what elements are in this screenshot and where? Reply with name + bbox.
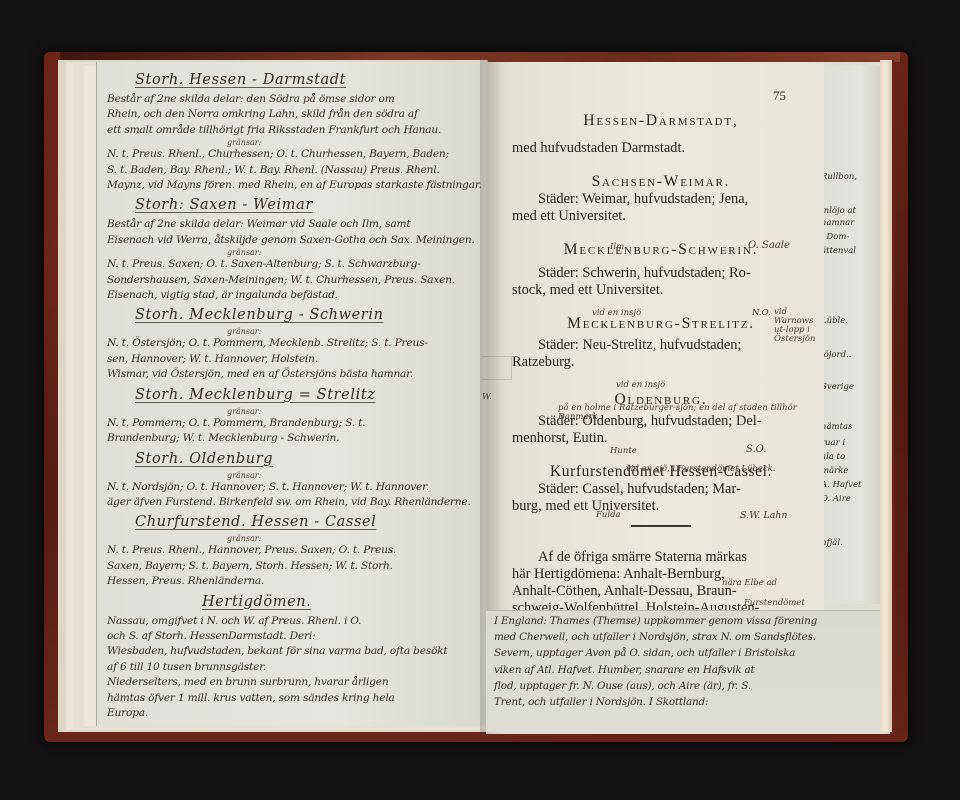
handwritten-line: N. t. Östersjön; O. t. Pommern, Mecklenb… (107, 336, 476, 351)
handwritten-line: ett smalt område tillhörigt fria Rikssta… (107, 123, 476, 138)
handwritten-heading: Storh. Hessen - Darmstadt (107, 68, 476, 92)
handwritten-superscript: gränsar: (107, 138, 476, 147)
slip-line: Trent, och utfaller i Nordsjön. I Skottl… (494, 694, 874, 710)
margin-note: ruar i (821, 438, 845, 448)
handwritten-line: Europa. (107, 706, 476, 721)
section-line: Ratzeburg. (512, 354, 810, 371)
handwritten-annotation: Hunte (610, 446, 637, 456)
handwritten-line: Rhein, och den Norra omkring Lahn, skild… (107, 107, 476, 122)
handwritten-annotation: O. Saale (748, 240, 790, 251)
section-line: Städer: Weimar, hufvudstaden; Jena, (512, 191, 810, 208)
handwritten-line: Består af 2ne skilda delar: den Södra på… (107, 92, 476, 107)
margin-note: Rullbon, (821, 172, 857, 182)
slip-line: viken af Atl. Hafvet. Humber, snarare en… (494, 662, 874, 678)
section-line: med hufvudstaden Darmstadt. (512, 140, 810, 157)
section-title-hessen-darmstadt: Hessen-Darmstadt, (512, 112, 810, 130)
margin-note: Sverige (821, 382, 854, 392)
margin-note: hamnar (821, 218, 854, 228)
handwritten-line: Eisenach vid Werra, åtskiljde genom Saxe… (107, 233, 476, 248)
handwritten-heading: Churfurstend. Hessen - Cassel (107, 510, 476, 534)
handwritten-line: Nassau, omgifvet i N. och W. af Preus. R… (107, 614, 476, 629)
handwritten-heading: Storh. Mecklenburg - Schwerin (107, 303, 476, 327)
slip-line: Severn, upptager Avon på O. sidan, och u… (494, 645, 874, 661)
right-handwritten-strip: Rullbon,inlöjo athamnari Dom-ättenvalLüb… (818, 66, 880, 604)
handwritten-heading: Storh. Oldenburg (107, 447, 476, 471)
handwritten-line: Hessen, Preus. Rhenländerna. (107, 574, 476, 589)
handwritten-annotation: nära Elbe ad (722, 578, 777, 588)
handwritten-annotation: Furstendömet (744, 598, 805, 608)
margin-note: nfjäl. (821, 538, 843, 548)
handwritten-line: N. t. Preus. Saxen; O. t. Saxen-Altenbur… (107, 257, 476, 272)
handwritten-superscript: gränsar: (107, 327, 476, 336)
section-line: Städer: Neu-Strelitz, hufvudstaden; (512, 337, 810, 354)
handwritten-line: Eisenach, vigtig stad, är ingalunda befä… (107, 288, 476, 303)
margin-note: hämtas (821, 422, 852, 432)
pasted-handwritten-slip: I England: Thames (Themse) uppkommer gen… (486, 610, 880, 732)
handwritten-heading: Storh: Saxen - Weimar (107, 193, 476, 217)
handwritten-annotation: Fulda (596, 510, 621, 520)
handwritten-line: N. t. Preus. Rhenl., Churhessen; O. t. C… (107, 147, 476, 162)
handwritten-annotation: vid en insjö (616, 380, 665, 390)
handwritten-line: Wiesbaden, hufvudstaden, bekant för sina… (107, 644, 476, 659)
section-title-sachsen-weimar: Sachsen-Weimar. (512, 173, 810, 191)
slip-line: flod, upptager fr. N. Ouse (aus), och Ai… (494, 678, 874, 694)
margin-note: jöjord.. (821, 350, 851, 360)
handwritten-line: Brandenburg; W. t. Mecklenburg - Schweri… (107, 431, 476, 446)
handwritten-line: hämtas öfver 1 mill. krus vatten, som sä… (107, 691, 476, 706)
page-number: 75 (773, 88, 786, 104)
margin-note: ättenval (821, 246, 856, 256)
handwritten-superscript: gränsar: (107, 534, 476, 543)
section-line: stock, med ett Universitet. (512, 282, 810, 299)
handwritten-annotation: vid Warnows ut-lopp i Östersjön (774, 308, 818, 344)
handwritten-superscript: gränsar: (107, 407, 476, 416)
paragraph-line: Af de öfriga smärre Staterna märkas (512, 549, 810, 566)
handwritten-annotation: Ilm (610, 242, 624, 252)
handwritten-annotation: N.O. (752, 308, 771, 318)
handwritten-line: Sondershausen, Saxen-Meiningen; W. t. Ch… (107, 273, 476, 288)
handwritten-line: sen, Hannover; W. t. Hannover, Holstein. (107, 352, 476, 367)
margin-note: i Dom- (821, 232, 849, 242)
margin-note: O. Aire (821, 494, 851, 504)
handwritten-line: Maynz, vid Mayns fören. med Rhein, en af… (107, 178, 476, 193)
handwritten-annotation: vid en insjö (592, 308, 641, 318)
handwritten-line: N. t. Pommern; O. t. Pommern, Brandenbur… (107, 416, 476, 431)
margin-note: märke (821, 466, 848, 476)
slip-line: med Cherwell, och utfaller i Nordsjön, s… (494, 629, 874, 645)
handwritten-annotation: S.O. (746, 444, 766, 455)
right-page-stack-edge (880, 60, 894, 732)
handwritten-annotation: vid en sjö, i Furstendömet Lübeck. (626, 464, 776, 474)
handwritten-line: af 6 till 10 tusen brunnsgäster. (107, 660, 476, 675)
handwritten-line: Niederselters, med en brunn surbrunn, hv… (107, 675, 476, 690)
section-line: Städer: Cassel, hufvudstaden; Mar- (512, 481, 810, 498)
handwritten-line: Består af 2ne skilda delar: Weimar vid S… (107, 217, 476, 232)
handwritten-line: Wismar, vid Östersjön, med en af Östersj… (107, 367, 476, 382)
section-line: Städer: Schwerin, hufvudstaden; Ro- (512, 265, 810, 282)
handwritten-heading: Hertigdömen. (107, 590, 476, 614)
handwritten-line: och S. af Storh. HessenDarmstadt. Deri: (107, 629, 476, 644)
handwritten-superscript: gränsar: (107, 471, 476, 480)
margin-note: inlöjo at (821, 206, 856, 216)
slip-line: I England: Thames (Themse) uppkommer gen… (494, 613, 874, 629)
left-handwritten-page: Storh. Hessen - DarmstadtBestår af 2ne s… (96, 62, 486, 726)
handwritten-line: N. t. Preus. Rhenl., Hannover, Preus. Sa… (107, 543, 476, 558)
handwritten-line: Saxen, Bayern; S. t. Bayern, Storh. Hess… (107, 559, 476, 574)
margin-note: ala to (821, 452, 845, 462)
handwritten-annotation: S.W. Lahn (740, 510, 788, 521)
margin-note: A. Hafvet (821, 480, 861, 490)
handwritten-superscript: gränsar: (107, 248, 476, 257)
handwritten-heading: Storh. Mecklenburg = Strelitz (107, 383, 476, 407)
handwritten-line: N. t. Nordsjön; O. t. Hannover; S. t. Ha… (107, 480, 476, 495)
handwritten-annotation: på en holme i Ratzeburger-sjön; en del a… (558, 404, 808, 422)
section-line: med ett Universitet. (512, 208, 810, 225)
handwritten-line: äger äfven Furstend. Birkenfeld sw. om R… (107, 495, 476, 510)
right-printed-page: 75 Hessen-Darmstadt, med hufvudstaden Da… (486, 62, 824, 610)
margin-note: Lüble. (821, 316, 848, 326)
handwritten-line: S. t. Baden, Bay. Rhenl.; W. t. Bay. Rhe… (107, 163, 476, 178)
